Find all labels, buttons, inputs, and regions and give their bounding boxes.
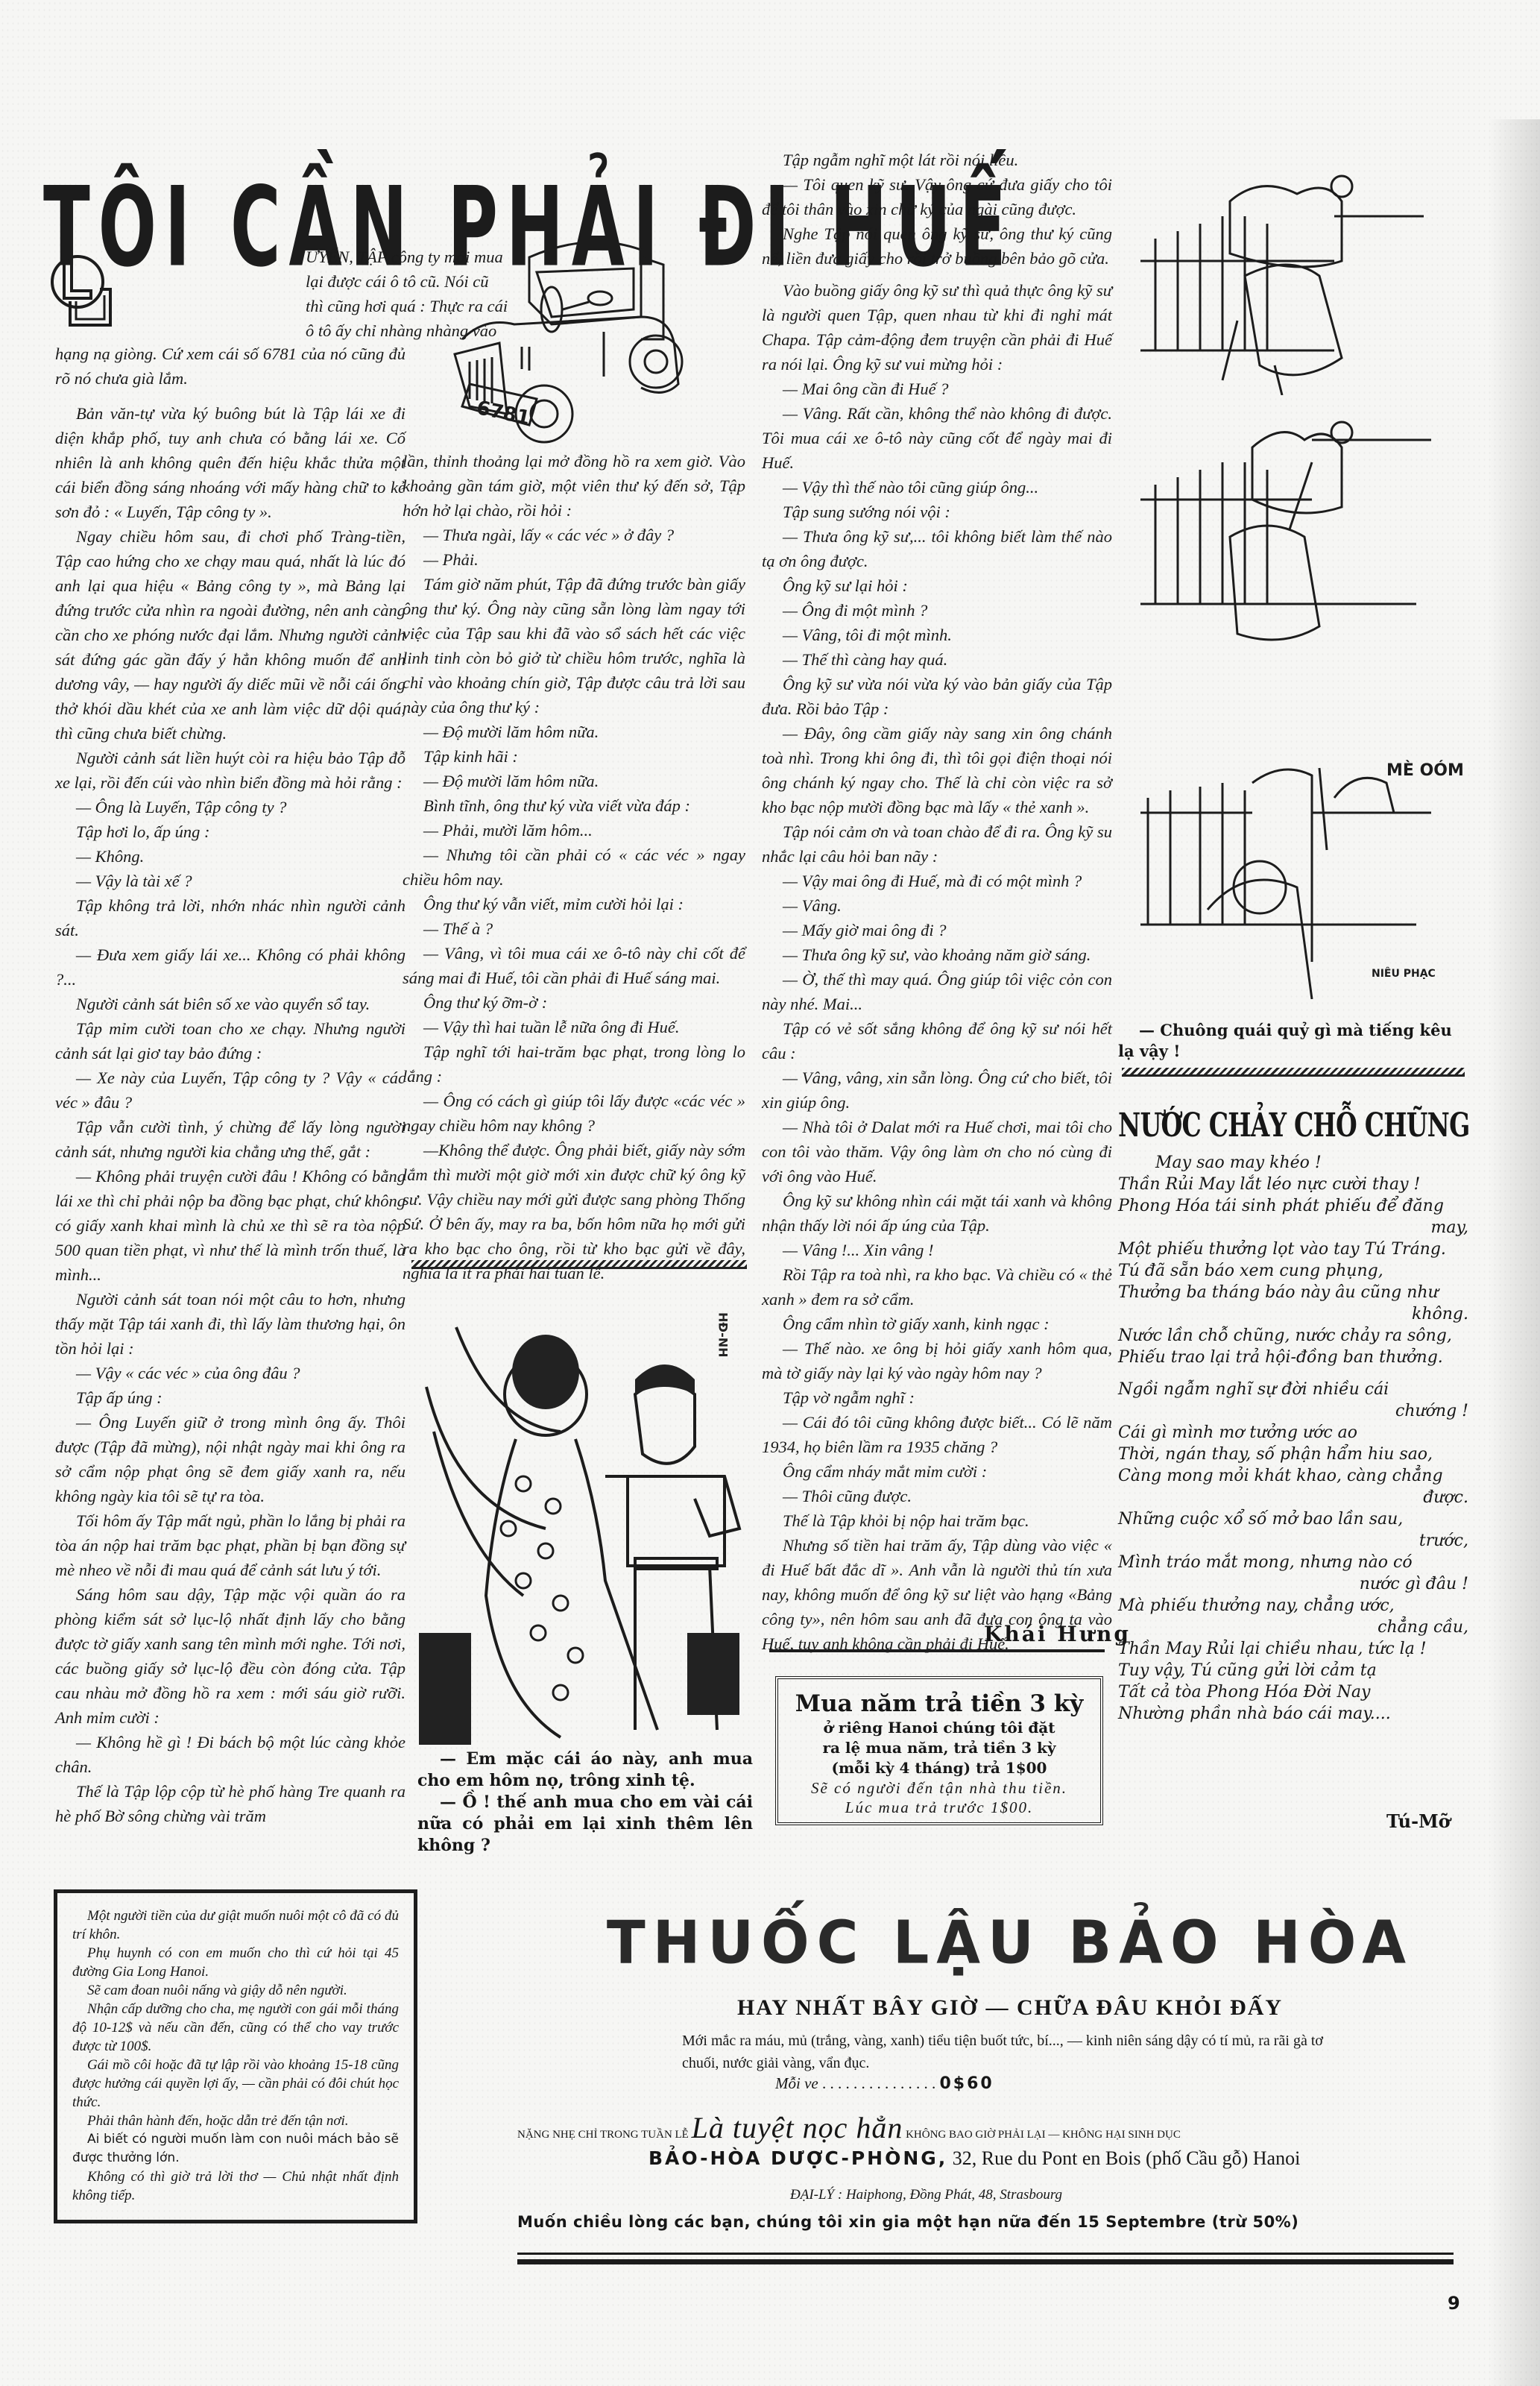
medicine-ad-address: BẢO-HÒA DƯỢC-PHÒNG, 32, Rue du Pont en B…	[648, 2147, 1468, 2170]
couple-illustration: HĐ-NH	[411, 1282, 747, 1745]
medicine-ad-price: Mỗi ve . . . . . . . . . . . . . . . 0$6…	[775, 2074, 1297, 2093]
medicine-ad-title: THUỐC LẬU BẢO HÒA	[589, 1907, 1431, 1977]
article-column-3: Tập ngẫm nghĩ một lát rồi nói liều. — Tô…	[762, 148, 1112, 1656]
cartoonist-signature: NIÊU PHẠC	[1372, 967, 1436, 980]
poem-body: May sao may khéo ! Thần Rủi May lắt léo …	[1118, 1152, 1468, 1725]
medicine-ad-subtitle: HAY NHẤT BÂY GIỜ — CHỮA ĐÂU KHỎI ĐẤY	[589, 1995, 1431, 2021]
adoption-ad-box: Một người tiền của dư giật muốn nuôi một…	[54, 1889, 417, 2223]
page-number: 9	[1448, 2293, 1460, 2314]
divider	[411, 1260, 747, 1269]
cartoon-caption: — Chuông quái quỷ gì mà tiếng kêu lạ vậy…	[1118, 1020, 1468, 1062]
medicine-ad-description: Mới mắc ra máu, mủ (trắng, vàng, xanh) t…	[682, 2030, 1323, 2074]
couple-caption: — Em mặc cái áo này, anh mua cho em hôm …	[417, 1748, 753, 1857]
poem-author: Tú-Mỡ	[1386, 1810, 1451, 1832]
newspaper-page: TÔI CẦN PHẢI ĐI HUẾ ƯYẾN, TẬP công ty mớ…	[0, 0, 1540, 2386]
article-column-2: lần, thỉnh thoảng lại mở đồng hồ ra xem …	[403, 449, 745, 1285]
divider	[517, 2253, 1454, 2255]
medicine-ad-agent: ĐẠI-LÝ : Haiphong, Đồng Phát, 48, Strasb…	[790, 2187, 1062, 2203]
medicine-ad-promo: Muốn chiều lòng các bạn, chúng tôi xin g…	[517, 2213, 1457, 2231]
divider	[517, 2259, 1454, 2264]
illustrator-signature: HĐ-NH	[716, 1312, 730, 1358]
divider	[769, 1649, 1105, 1652]
poem-title: NƯỚC CHẢY CHỖ CHŨNG	[1118, 1107, 1381, 1145]
divider	[1122, 1068, 1465, 1077]
article-column-1: hạng nạ giòng. Cứ xem cái số 6781 của nó…	[55, 341, 405, 1828]
article-author: Khái Hưng	[984, 1622, 1131, 1646]
medicine-ad-claim: NẶNG NHẸ CHỈ TRONG TUẦN LỄ Là tuyệt nọc …	[517, 2110, 1457, 2145]
dropcap-l-icon	[48, 246, 122, 336]
subscription-box: Mua năm trả tiền 3 kỳ ở riêng Hanoi chún…	[775, 1676, 1103, 1825]
sound-effect-label: MÈ OÓM	[1386, 761, 1464, 780]
cartoon-panel-1	[1118, 171, 1468, 395]
car-illustration: 6781	[417, 227, 745, 451]
cartoon-panel-3: MÈ OÓM NIÊU PHẠC	[1118, 716, 1468, 999]
car-plate: 6781	[475, 397, 532, 429]
cartoon-panel-2	[1118, 418, 1468, 656]
